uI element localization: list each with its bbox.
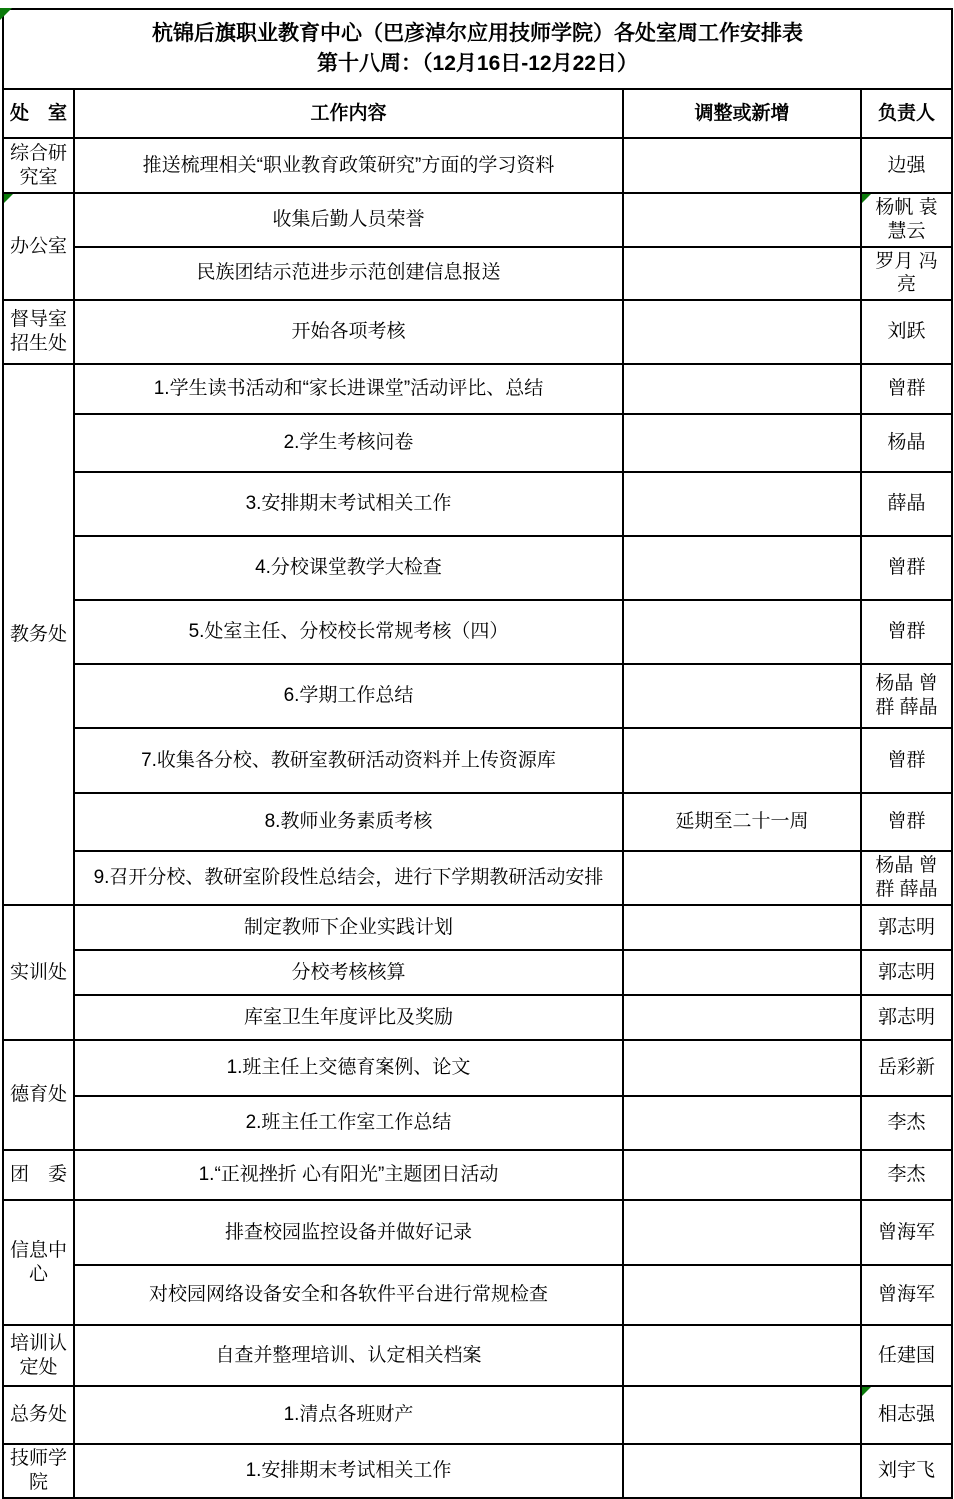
adjustment-cell <box>623 247 861 301</box>
table-row: 实训处 制定教师下企业实践计划 郭志明 <box>3 905 952 950</box>
department-label: 办公室 <box>10 236 67 257</box>
spreadsheet-page: 杭锦后旗职业教育中心（巴彦淖尔应用技师学院）各处室周工作安排表 第十八周：（12… <box>0 8 954 1499</box>
adjustment-cell <box>623 1200 861 1265</box>
task-cell: 6.学期工作总结 <box>74 664 623 728</box>
table-row: 5.处室主任、分校校长常规考核（四） 曾群 <box>3 600 952 664</box>
adjustment-cell <box>623 728 861 793</box>
adjustment-cell <box>623 1150 861 1200</box>
responsible-cell: 李杰 <box>861 1150 952 1200</box>
responsible-label: 杨帆 袁慧云 <box>875 197 937 242</box>
task-cell: 1.安排期末考试相关工作 <box>74 1444 623 1498</box>
department-cell: 综合研究室 <box>3 138 74 193</box>
table-row: 信息中心 排查校园监控设备并做好记录 曾海军 <box>3 1200 952 1265</box>
responsible-cell: 岳彩新 <box>861 1040 952 1096</box>
responsible-cell: 曾群 <box>861 364 952 414</box>
adjustment-cell: 延期至二十一周 <box>623 793 861 851</box>
responsible-cell: 杨帆 袁慧云 <box>861 193 952 247</box>
task-cell: 库室卫生年度评比及奖励 <box>74 995 623 1040</box>
task-cell: 1.清点各班财产 <box>74 1386 623 1444</box>
task-cell: 7.收集各分校、教研室教研活动资料并上传资源库 <box>74 728 623 793</box>
responsible-cell: 杨晶 曾群 薛晶 <box>861 851 952 905</box>
table-row: 办公室 收集后勤人员荣誉 杨帆 袁慧云 <box>3 193 952 247</box>
task-cell: 排查校园监控设备并做好记录 <box>74 1200 623 1265</box>
responsible-cell: 曾群 <box>861 600 952 664</box>
task-cell: 2.学生考核问卷 <box>74 414 623 472</box>
department-cell: 督导室招生处 <box>3 300 74 364</box>
table-row: 7.收集各分校、教研室教研活动资料并上传资源库 曾群 <box>3 728 952 793</box>
table-row: 4.分校课堂教学大检查 曾群 <box>3 536 952 600</box>
department-cell: 办公室 <box>3 193 74 300</box>
title-line-2: 第十八周：（12月16日-12月22日） <box>8 49 947 79</box>
responsible-cell: 郭志明 <box>861 905 952 950</box>
table-row: 6.学期工作总结 杨晶 曾群 薛晶 <box>3 664 952 728</box>
adjustment-cell <box>623 995 861 1040</box>
responsible-cell: 曾群 <box>861 728 952 793</box>
department-cell: 团 委 <box>3 1150 74 1200</box>
task-cell: 8.教师业务素质考核 <box>74 793 623 851</box>
table-row: 督导室招生处 开始各项考核 刘跃 <box>3 300 952 364</box>
task-cell: 对校园网络设备安全和各软件平台进行常规检查 <box>74 1265 623 1325</box>
adjustment-cell <box>623 1040 861 1096</box>
responsible-cell: 杨晶 曾群 薛晶 <box>861 664 952 728</box>
adjustment-cell <box>623 300 861 364</box>
weekly-schedule-table: 杭锦后旗职业教育中心（巴彦淖尔应用技师学院）各处室周工作安排表 第十八周：（12… <box>2 8 953 1499</box>
header-row: 处 室 工作内容 调整或新增 负责人 <box>3 89 952 138</box>
department-cell: 教务处 <box>3 364 74 905</box>
header-department: 处 室 <box>3 89 74 138</box>
task-cell: 1.学生读书活动和“家长进课堂”活动评比、总结 <box>74 364 623 414</box>
table-row: 培训认定处 自查并整理培训、认定相关档案 任建国 <box>3 1325 952 1386</box>
table-row: 分校考核核算 郭志明 <box>3 950 952 995</box>
responsible-cell: 郭志明 <box>861 950 952 995</box>
adjustment-cell <box>623 851 861 905</box>
comment-indicator-icon <box>862 1387 871 1396</box>
adjustment-cell <box>623 1265 861 1325</box>
adjustment-cell <box>623 414 861 472</box>
table-row: 9.召开分校、教研室阶段性总结会，进行下学期教研活动安排 杨晶 曾群 薛晶 <box>3 851 952 905</box>
table-row: 2.学生考核问卷 杨晶 <box>3 414 952 472</box>
comment-indicator-icon <box>0 8 12 20</box>
responsible-cell: 相志强 <box>861 1386 952 1444</box>
department-cell: 技师学院 <box>3 1444 74 1498</box>
adjustment-cell <box>623 536 861 600</box>
task-cell: 1.“正视挫折 心有阳光”主题团日活动 <box>74 1150 623 1200</box>
department-cell: 总务处 <box>3 1386 74 1444</box>
title-row: 杭锦后旗职业教育中心（巴彦淖尔应用技师学院）各处室周工作安排表 第十八周：（12… <box>3 9 952 89</box>
task-cell: 5.处室主任、分校校长常规考核（四） <box>74 600 623 664</box>
responsible-cell: 曾海军 <box>861 1265 952 1325</box>
comment-indicator-icon <box>4 194 13 203</box>
task-cell: 民族团结示范进步示范创建信息报送 <box>74 247 623 301</box>
adjustment-cell <box>623 472 861 536</box>
table-title: 杭锦后旗职业教育中心（巴彦淖尔应用技师学院）各处室周工作安排表 第十八周：（12… <box>3 9 952 89</box>
table-row: 综合研究室 推送梳理相关“职业教育政策研究”方面的学习资料 边强 <box>3 138 952 193</box>
header-content: 工作内容 <box>74 89 623 138</box>
adjustment-cell <box>623 905 861 950</box>
adjustment-cell <box>623 1325 861 1386</box>
responsible-label: 相志强 <box>878 1404 935 1425</box>
task-cell: 3.安排期末考试相关工作 <box>74 472 623 536</box>
table-row: 库室卫生年度评比及奖励 郭志明 <box>3 995 952 1040</box>
task-cell: 4.分校课堂教学大检查 <box>74 536 623 600</box>
table-row: 技师学院 1.安排期末考试相关工作 刘宇飞 <box>3 1444 952 1498</box>
task-cell: 开始各项考核 <box>74 300 623 364</box>
responsible-cell: 曾群 <box>861 793 952 851</box>
adjustment-cell <box>623 950 861 995</box>
adjustment-cell <box>623 600 861 664</box>
adjustment-cell <box>623 364 861 414</box>
responsible-cell: 刘宇飞 <box>861 1444 952 1498</box>
task-cell: 收集后勤人员荣誉 <box>74 193 623 247</box>
adjustment-cell <box>623 1444 861 1498</box>
task-cell: 9.召开分校、教研室阶段性总结会，进行下学期教研活动安排 <box>74 851 623 905</box>
adjustment-cell <box>623 664 861 728</box>
table-row: 对校园网络设备安全和各软件平台进行常规检查 曾海军 <box>3 1265 952 1325</box>
task-cell: 制定教师下企业实践计划 <box>74 905 623 950</box>
responsible-cell: 郭志明 <box>861 995 952 1040</box>
department-cell: 实训处 <box>3 905 74 1040</box>
table-row: 教务处 1.学生读书活动和“家长进课堂”活动评比、总结 曾群 <box>3 364 952 414</box>
adjustment-cell <box>623 193 861 247</box>
responsible-cell: 曾海军 <box>861 1200 952 1265</box>
title-line-1: 杭锦后旗职业教育中心（巴彦淖尔应用技师学院）各处室周工作安排表 <box>8 19 947 49</box>
table-row: 民族团结示范进步示范创建信息报送 罗月 冯亮 <box>3 247 952 301</box>
table-row: 团 委 1.“正视挫折 心有阳光”主题团日活动 李杰 <box>3 1150 952 1200</box>
task-cell: 1.班主任上交德育案例、论文 <box>74 1040 623 1096</box>
comment-indicator-icon <box>862 194 871 203</box>
responsible-cell: 刘跃 <box>861 300 952 364</box>
responsible-cell: 罗月 冯亮 <box>861 247 952 301</box>
task-cell: 2.班主任工作室工作总结 <box>74 1096 623 1150</box>
task-cell: 推送梳理相关“职业教育政策研究”方面的学习资料 <box>74 138 623 193</box>
responsible-cell: 边强 <box>861 138 952 193</box>
task-cell: 分校考核核算 <box>74 950 623 995</box>
responsible-cell: 李杰 <box>861 1096 952 1150</box>
department-cell: 德育处 <box>3 1040 74 1150</box>
adjustment-cell <box>623 1386 861 1444</box>
table-row: 德育处 1.班主任上交德育案例、论文 岳彩新 <box>3 1040 952 1096</box>
responsible-cell: 任建国 <box>861 1325 952 1386</box>
table-row: 8.教师业务素质考核 延期至二十一周 曾群 <box>3 793 952 851</box>
header-adjustment: 调整或新增 <box>623 89 861 138</box>
department-cell: 信息中心 <box>3 1200 74 1325</box>
task-cell: 自查并整理培训、认定相关档案 <box>74 1325 623 1386</box>
header-responsible: 负责人 <box>861 89 952 138</box>
table-row: 总务处 1.清点各班财产 相志强 <box>3 1386 952 1444</box>
table-row: 2.班主任工作室工作总结 李杰 <box>3 1096 952 1150</box>
responsible-cell: 薛晶 <box>861 472 952 536</box>
adjustment-cell <box>623 138 861 193</box>
table-row: 3.安排期末考试相关工作 薛晶 <box>3 472 952 536</box>
adjustment-cell <box>623 1096 861 1150</box>
responsible-cell: 曾群 <box>861 536 952 600</box>
responsible-cell: 杨晶 <box>861 414 952 472</box>
department-cell: 培训认定处 <box>3 1325 74 1386</box>
